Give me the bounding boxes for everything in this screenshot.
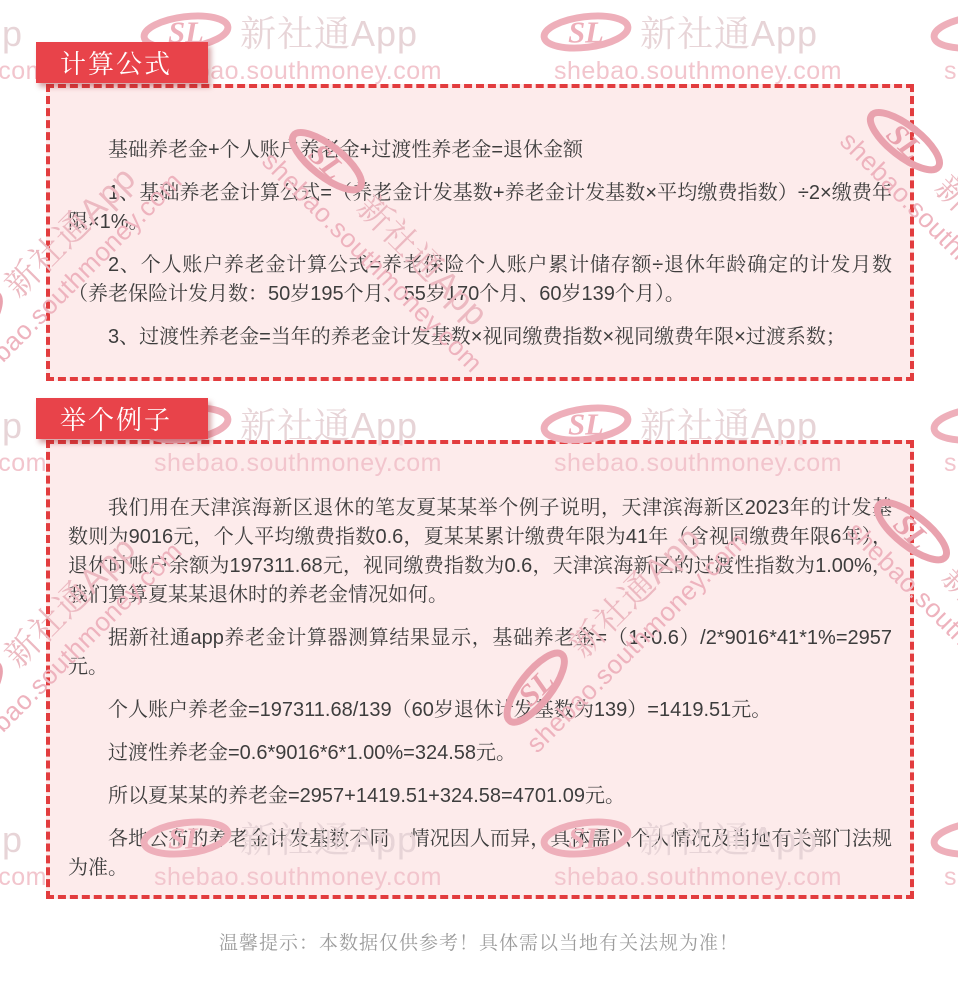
svg-text:SL: SL — [568, 407, 604, 441]
watermark-logo-icon: SL — [930, 818, 958, 858]
example-panel: 我们用在天津滨海新区退休的笔友夏某某举个例子说明，天津滨海新区2023年的计发基… — [46, 440, 914, 899]
formula-item-1: 1、基础养老金计算公式=（养老金计发基数+养老金计发基数×平均缴费指数）÷2×缴… — [68, 179, 892, 237]
section-badge-example: 举个例子 — [36, 398, 208, 439]
formula-item-2: 2、个人账户养老金计算公式=养老保险个人账户累计储存额÷退休年龄确定的计发月数（… — [68, 251, 892, 309]
watermark-logo-icon: SL — [930, 404, 958, 444]
example-total-pension: 所以夏某某的养老金=2957+1419.51+324.58=4701.09元。 — [68, 782, 892, 811]
section-badge-formula: 计算公式 — [36, 42, 208, 83]
watermark-group: SL新社通Appshebao.southmoney.com — [930, 398, 958, 478]
watermark-brand-text: 新社通App — [640, 6, 818, 57]
watermark-brand-text: 新社通App — [926, 162, 958, 316]
watermark-logo-icon: SL — [0, 281, 17, 374]
example-basic-pension: 据新社通app养老金计算器测算结果显示，基础养老金=（1+0.6）/2*9016… — [68, 624, 892, 682]
svg-text:SL: SL — [568, 15, 604, 49]
watermark-group: SL新社通Appshebao.southmoney.com — [0, 812, 47, 892]
watermark-group: SL新社通Appshebao.southmoney.com — [930, 6, 958, 86]
watermark-url-text: shebao.southmoney.com — [0, 863, 47, 892]
watermark-url-text: shebao.southmoney.com — [554, 57, 842, 86]
section-badge-formula-label: 计算公式 — [60, 44, 172, 81]
watermark-url-text: shebao.southmoney.com — [0, 449, 47, 478]
watermark-group: SL新社通Appshebao.southmoney.com — [930, 812, 958, 892]
watermark-brand-text: 新社通App — [0, 398, 23, 449]
watermark-brand-text: 新社通App — [933, 552, 958, 706]
formula-item-3: 3、过渡性养老金=当年的养老金计发基数×视同缴费指数×视同缴费年限×过渡系数； — [68, 323, 892, 352]
watermark-logo-icon: SL — [540, 12, 632, 52]
footer-tip: 温馨提示：本数据仅供参考！具体需以当地有关法规为准！ — [0, 928, 958, 955]
example-disclaimer: 各地公布的养老金计发基数不同，情况因人而异，具体需以个人情况及当地有关部门法规为… — [68, 825, 892, 883]
watermark-group: SL新社通Appshebao.southmoney.com — [540, 6, 842, 86]
watermark-url-text: shebao.southmoney.com — [944, 57, 958, 86]
watermark-brand-text: 新社通App — [240, 6, 418, 57]
watermark-logo-icon: SL — [0, 651, 17, 744]
formula-summary-line: 基础养老金+个人账户养老金+过渡性养老金=退休金额 — [68, 136, 892, 165]
example-transitional-pension: 过渡性养老金=0.6*9016*6*1.00%=324.58元。 — [68, 739, 892, 768]
example-intro: 我们用在天津滨海新区退休的笔友夏某某举个例子说明，天津滨海新区2023年的计发基… — [68, 494, 892, 610]
formula-panel: 基础养老金+个人账户养老金+过渡性养老金=退休金额 1、基础养老金计算公式=（养… — [46, 84, 914, 381]
example-personal-account-pension: 个人账户养老金=197311.68/139（60岁退休计发基数为139）=141… — [68, 696, 892, 725]
pension-formula-infographic: SL新社通Appshebao.southmoney.comSL新社通Appshe… — [0, 0, 958, 988]
watermark-url-text: shebao.southmoney.com — [944, 863, 958, 892]
watermark-logo-icon: SL — [540, 404, 632, 444]
watermark-brand-text: 新社通App — [0, 6, 23, 57]
watermark-url-text: shebao.southmoney.com — [944, 449, 958, 478]
watermark-logo-icon: SL — [930, 12, 958, 52]
watermark-brand-text: 新社通App — [0, 812, 23, 863]
section-badge-example-label: 举个例子 — [60, 400, 172, 437]
